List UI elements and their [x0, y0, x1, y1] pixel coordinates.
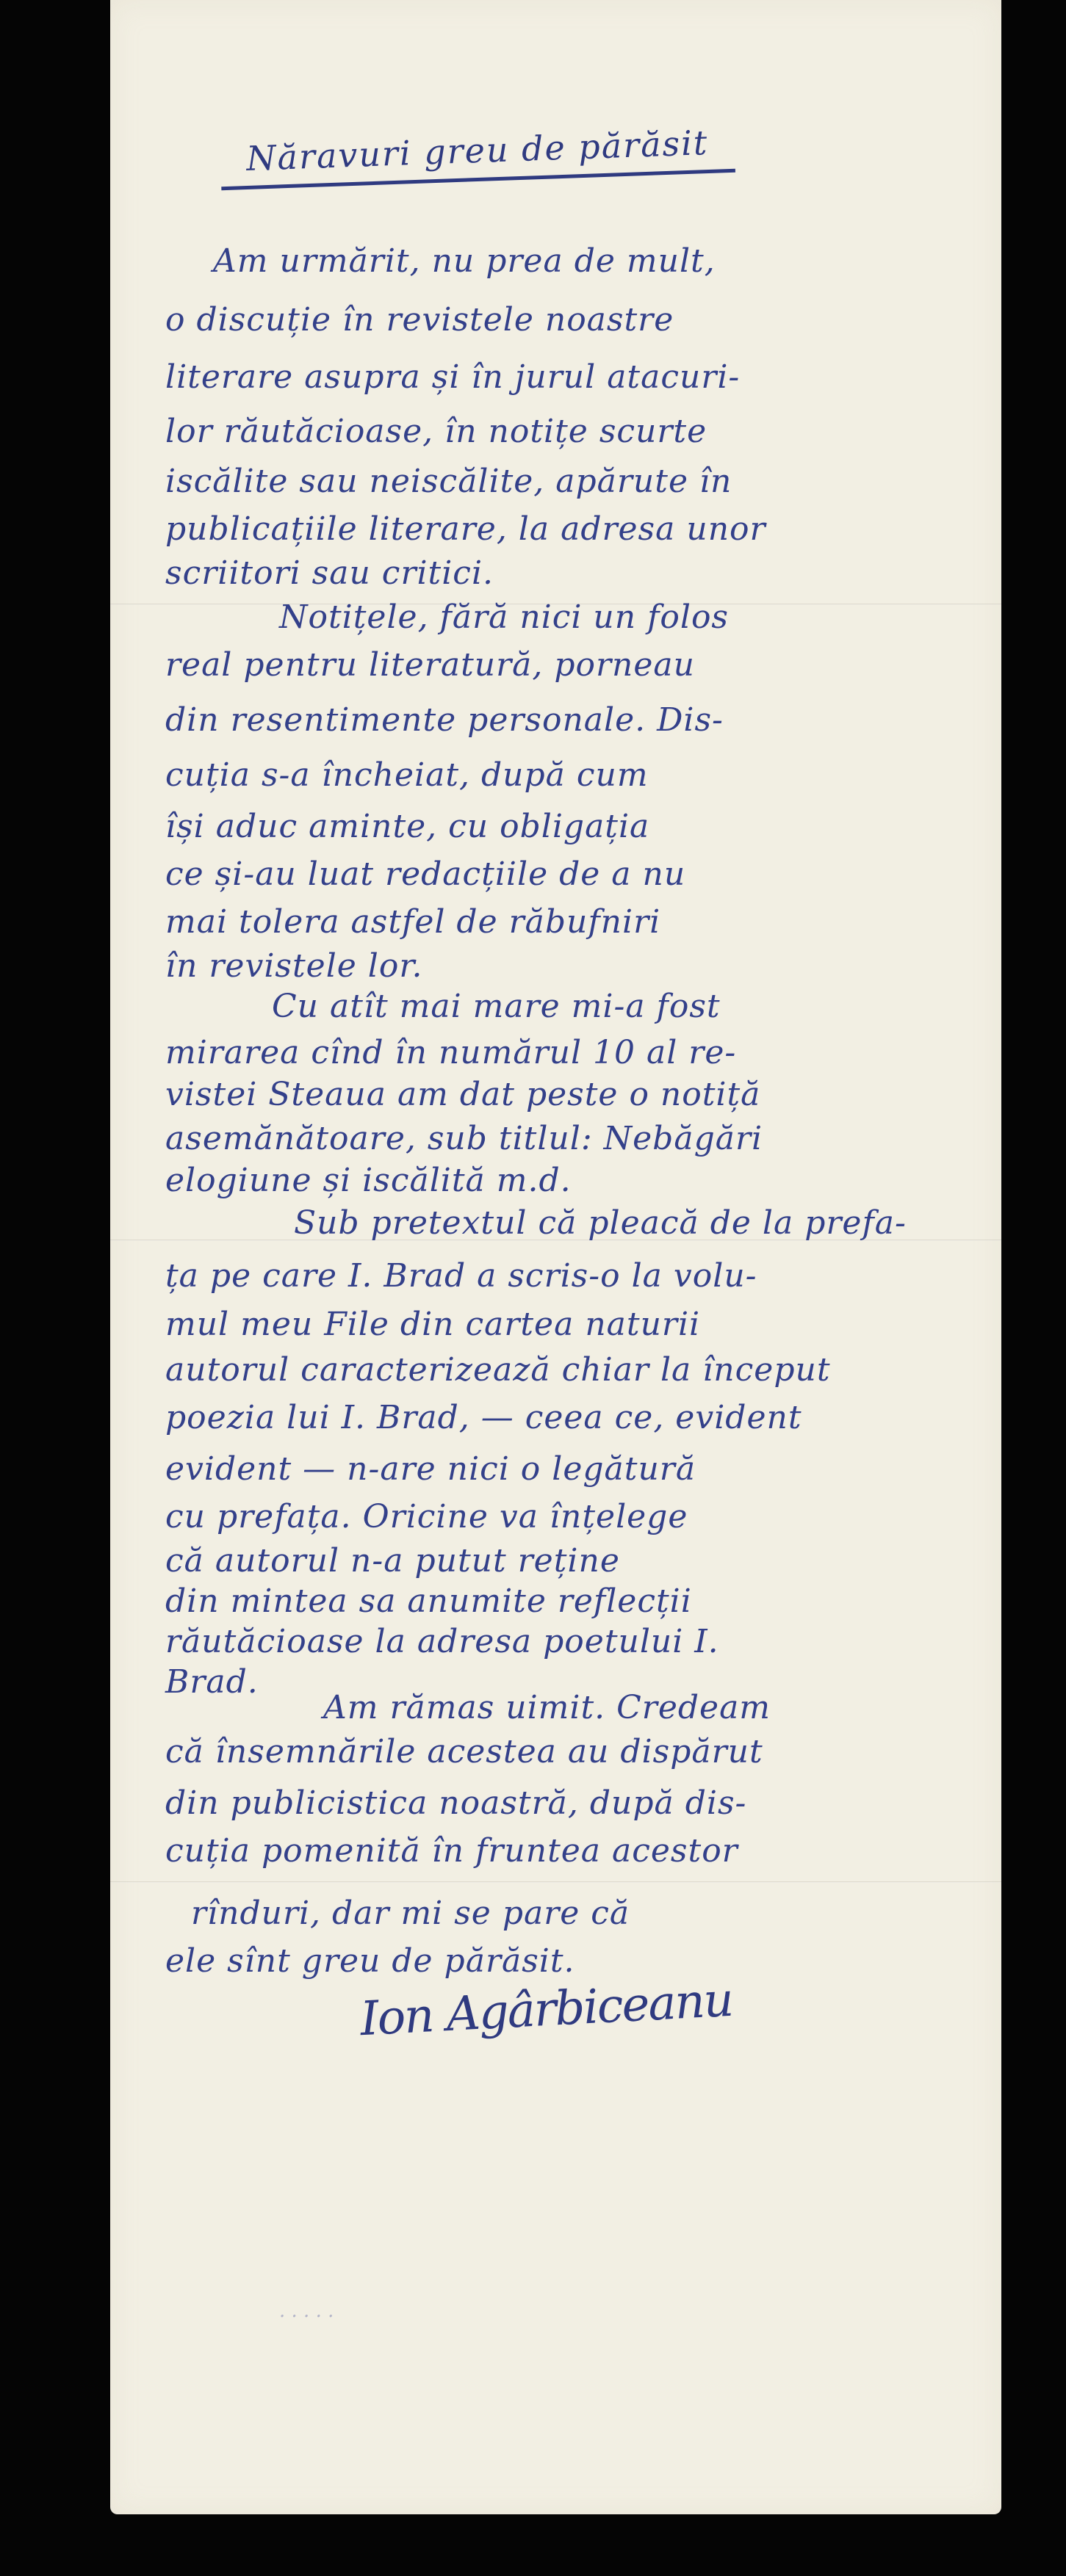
- text-line: Am urmărit, nu prea de mult,: [213, 242, 716, 280]
- text-line: autorul caracterizează chiar la început: [165, 1351, 831, 1389]
- text-line: ce și-au luat redacțiile de a nu: [165, 855, 685, 893]
- text-line: că însemnările acestea au dispărut: [165, 1733, 763, 1770]
- text-line: literare asupra și în jurul atacuri-: [165, 358, 740, 396]
- text-line: Brad.: [165, 1663, 259, 1701]
- text-line: poezia lui I. Brad, — ceea ce, evident: [165, 1399, 802, 1436]
- text-line: iscălite sau neiscălite, apărute în: [165, 463, 732, 500]
- faint-ink-marks: · · · · ·: [279, 2306, 334, 2328]
- text-line: scriitori sau critici.: [165, 554, 494, 592]
- text-line: cuția pomenită în fruntea acestor: [165, 1832, 738, 1870]
- text-line: ele sînt greu de părăsit.: [165, 1942, 575, 1980]
- text-line: din mintea sa anumite reflecții: [165, 1582, 692, 1620]
- text-line: își aduc aminte, cu obligația: [165, 808, 649, 845]
- text-line: rînduri, dar mi se pare că: [191, 1895, 630, 1932]
- text-line: evident — n-are nici o legătură: [165, 1450, 696, 1488]
- text-line: în revistele lor.: [165, 947, 423, 985]
- text-line: mul meu File din cartea naturii: [165, 1306, 700, 1343]
- text-line: răutăcioase la adresa poetului I.: [165, 1623, 719, 1660]
- text-line: o discuție în revistele noastre: [165, 301, 674, 339]
- text-line: Sub pretextul că pleacă de la prefa-: [294, 1204, 907, 1242]
- text-line: mai tolera astfel de răbufniri: [165, 903, 660, 941]
- text-line: asemănătoare, sub titlul: Nebăgări: [165, 1120, 763, 1157]
- text-line: elogiune și iscălită m.d.: [165, 1162, 572, 1199]
- text-line: real pentru literatură, porneau: [165, 646, 695, 684]
- text-line: vistei Steaua am dat peste o notiță: [165, 1076, 760, 1113]
- text-line: ța pe care I. Brad a scris-o la volu-: [165, 1257, 757, 1295]
- text-line: mirarea cînd în numărul 10 al re-: [165, 1034, 736, 1071]
- text-line: Am rămas uimit. Credeam: [323, 1689, 771, 1726]
- text-line: publicațiile literare, la adresa unor: [165, 510, 766, 548]
- paper-fold-line: [110, 1881, 1001, 1883]
- text-line: lor răutăcioase, în notițe scurte: [165, 413, 707, 450]
- text-line: Cu atît mai mare mi-a fost: [272, 988, 721, 1025]
- text-line: cu prefața. Oricine va înțelege: [165, 1498, 688, 1535]
- text-line: cuția s-a încheiat, după cum: [165, 756, 649, 794]
- text-line: Notițele, fără nici un folos: [279, 598, 729, 636]
- text-line: că autorul n-a putut reține: [165, 1542, 620, 1580]
- text-line: din resentimente personale. Dis-: [165, 701, 724, 739]
- text-line: din publicistica noastră, după dis-: [165, 1784, 746, 1822]
